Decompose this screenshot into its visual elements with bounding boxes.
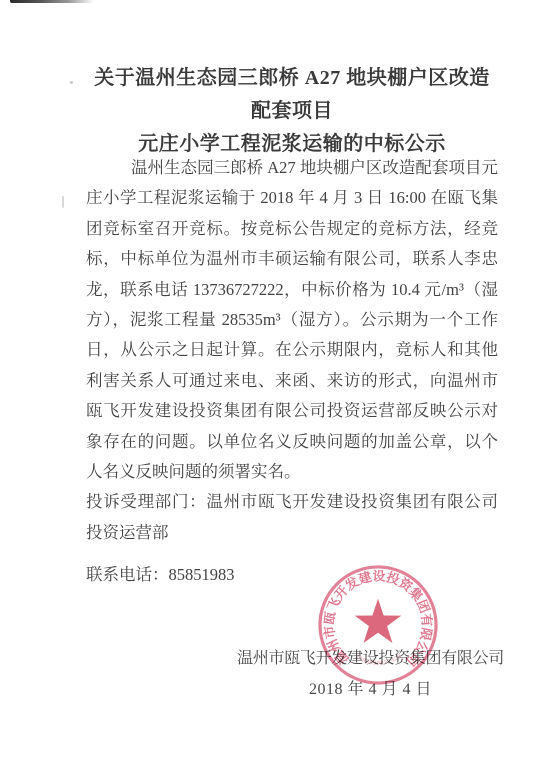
signature-block: 温州市瓯飞开发建设投资集团有限公司 2018 年 4 月 4 日 [237,650,504,699]
scan-smudge-artifact [10,0,94,3]
signature-company-name: 温州市瓯飞开发建设投资集团有限公司 [237,650,504,668]
scan-dot-artifact [70,81,73,84]
scanned-notice-page: 关于温州生态园三郎桥 A27 地块棚户区改造配套项目 元庄小学工程泥浆运输的中标… [0,0,546,780]
scan-dash-artifact [62,196,64,208]
signature-date: 2018 年 4 月 4 日 [237,681,504,699]
seal-star-icon [355,599,402,643]
document-title: 关于温州生态园三郎桥 A27 地块棚户区改造配套项目 元庄小学工程泥浆运输的中标… [85,62,499,161]
document-body: 温州生态园三郎桥 A27 地块棚户区改造配套项目元庄小学工程泥浆运输于 2018… [86,153,498,591]
title-line-1: 关于温州生态园三郎桥 A27 地块棚户区改造配套项目 [85,62,499,128]
complaint-department-paragraph: 投诉受理部门：温州市瓯飞开发建设投资集团有限公司投资运营部 [86,487,498,548]
body-paragraph: 温州生态园三郎桥 A27 地块棚户区改造配套项目元庄小学工程泥浆运输于 2018… [86,153,498,487]
contact-phone-line: 联系电话：85851983 [86,560,498,590]
